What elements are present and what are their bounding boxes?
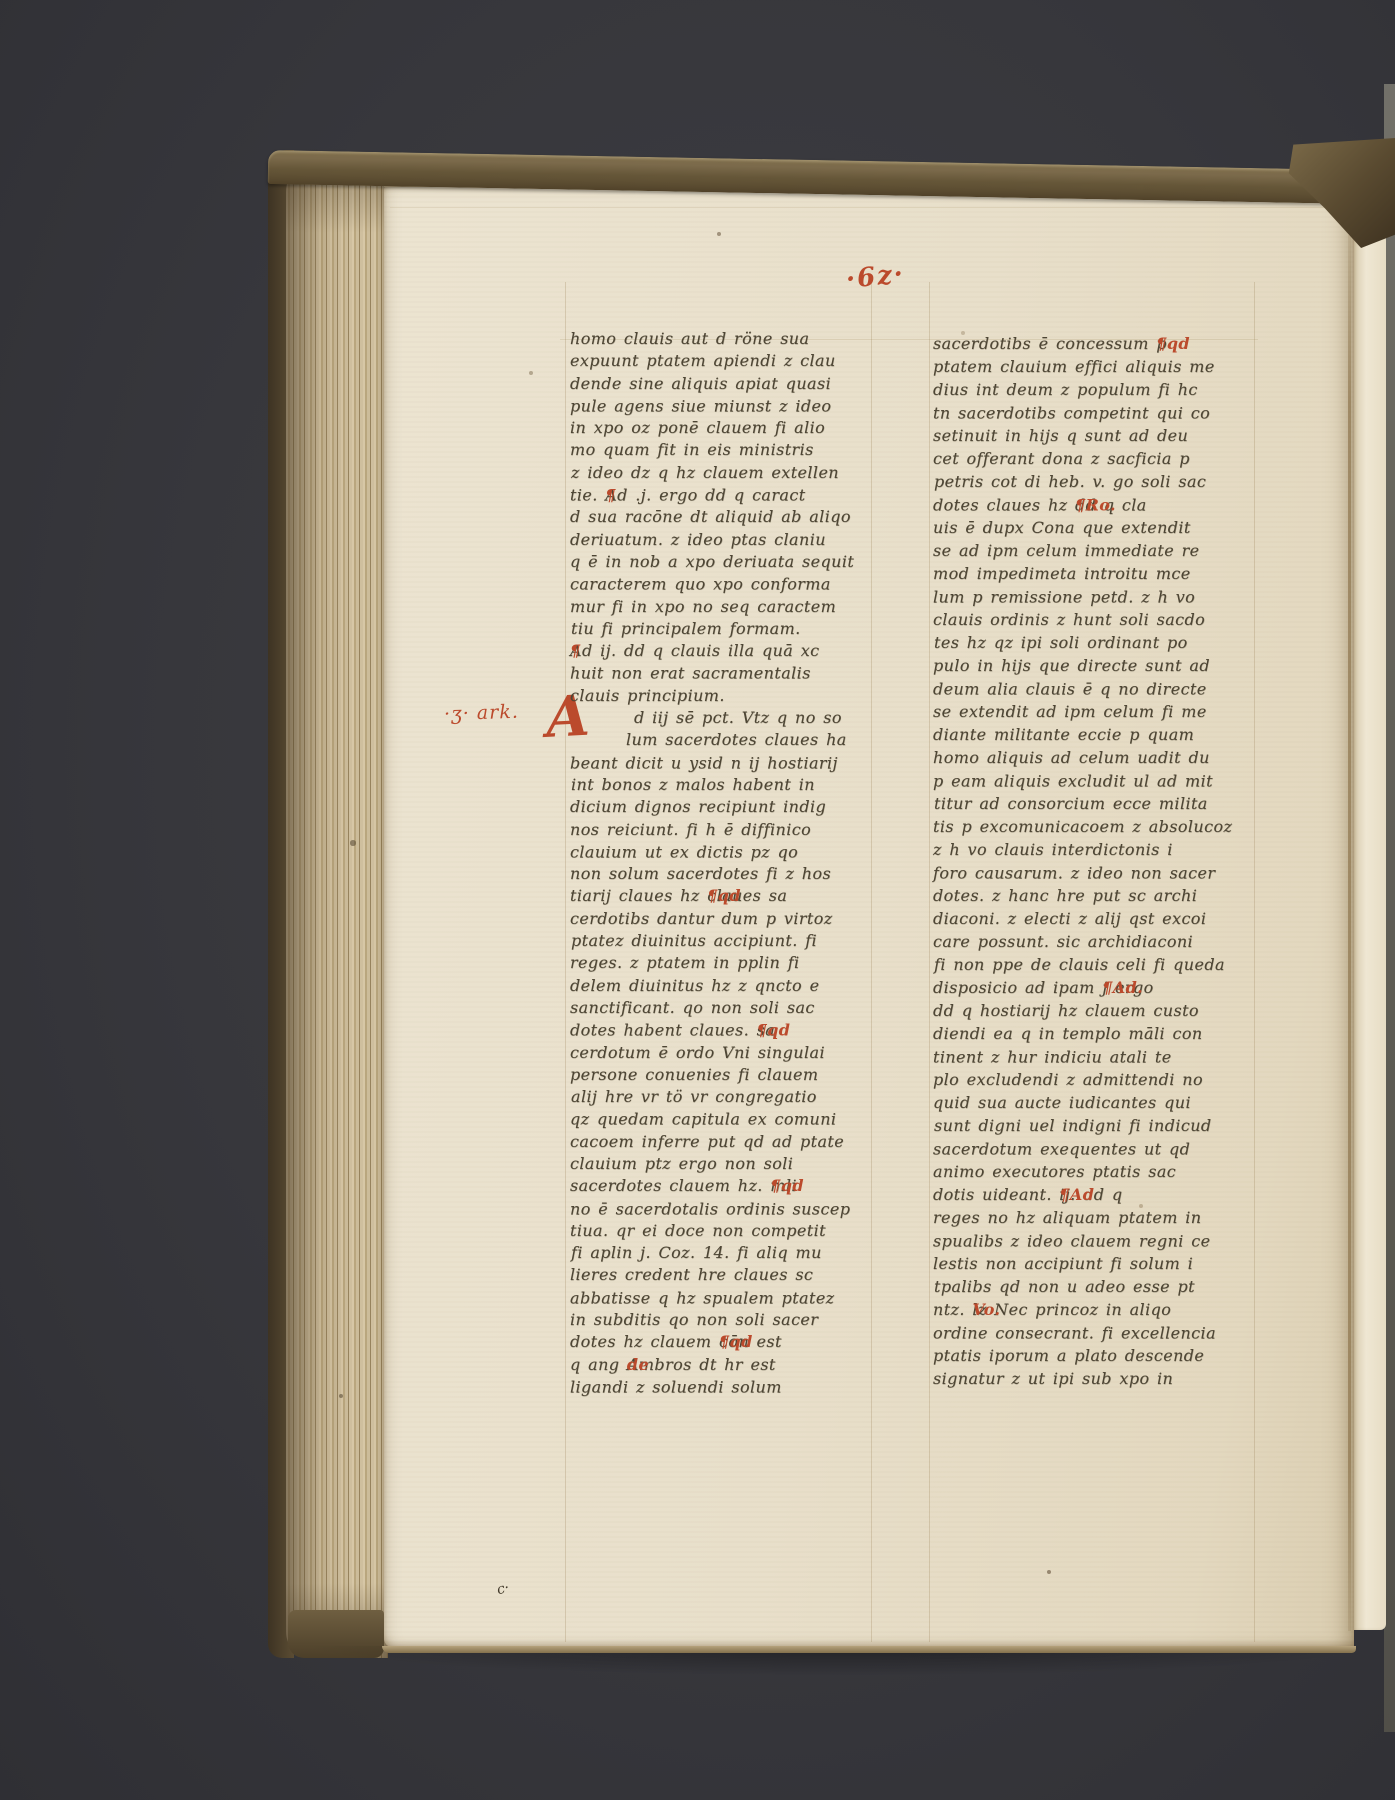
manuscript-line: mo quam fit in eis ministris <box>570 439 890 461</box>
manuscript-line: tn sacerdotibs competint qui co <box>933 402 1253 425</box>
manuscript-line: d sua racōne dt aliquid ab aliqo <box>570 506 890 528</box>
text-column-1: homo clauis aut d röne suaexpuunt ptatem… <box>570 328 890 1398</box>
text-column-2: sacerdotibs ē concessum ¶qd pptatem clau… <box>933 332 1253 1390</box>
manuscript-line: clauium ut ex dictis pz qo <box>570 841 890 863</box>
rubric-mark: ¶qd <box>770 1175 804 1197</box>
manuscript-line: lum p remissione petd. z h vo <box>933 586 1253 609</box>
manuscript-line: dotes habent claues. ¶qd sa <box>570 1020 890 1042</box>
manuscript-line: animo executores ptatis sac <box>933 1160 1253 1183</box>
manuscript-line: p eam aliquis excludit ul ad mit <box>933 770 1253 793</box>
rubric-mark: de <box>627 1354 649 1376</box>
manuscript-line: uis ē dupx Cona que extendit <box>933 516 1253 539</box>
manuscript-line: qz quedam capitula ex comuni <box>570 1109 890 1131</box>
manuscript-line: dende sine aliquis apiat quasi <box>570 373 890 395</box>
manuscript-line: quid sua aucte iudicantes qui <box>933 1091 1253 1114</box>
manuscript-line: no ē sacerdotalis ordinis suscep <box>570 1198 890 1220</box>
rubric-mark: ¶qd <box>757 1020 791 1042</box>
facing-page-sliver <box>1352 232 1386 1630</box>
manuscript-line: deum alia clauis ē q no directe <box>933 678 1253 701</box>
manuscript-line: fi non ppe de clauis celi fi queda <box>934 953 1254 976</box>
rubric-mark: ¶qd <box>707 885 741 907</box>
rubric-mark: ¶qd <box>719 1331 753 1353</box>
manuscript-line: cerdotibs dantur dum p virtoz <box>570 908 890 930</box>
rubric-mark: ¶Ro. <box>1075 494 1116 517</box>
manuscript-line: delem diuinitus hz z qncto e <box>570 975 890 997</box>
manuscript-line: tiu fi principalem formam. <box>571 618 891 640</box>
manuscript-line: pule agens siue miunst z ideo <box>570 395 890 417</box>
rubric-mark: ¶qd <box>1156 332 1190 355</box>
manuscript-line: dicium dignos recipiunt indig <box>570 796 890 818</box>
manuscript-line: ligandi z soluendi solum <box>570 1377 890 1399</box>
manuscript-line: dotes claues hz ¶Ro. dd q cla <box>933 494 1253 517</box>
manuscript-line: se ad ipm celum immediate re <box>933 539 1253 562</box>
manuscript-line: non solum sacerdotes fi z hos <box>570 863 890 885</box>
manuscript-line: care possunt. sic archidiaconi <box>933 930 1253 953</box>
manuscript-line: fi aplin j. Coz. 14. fi aliq mu <box>571 1242 891 1264</box>
rubric-mark: Vo. <box>972 1298 1000 1321</box>
manuscript-line: d iij sē pct. Vtz q no so <box>570 707 890 729</box>
manuscript-line: caracterem quo xpo conforma <box>570 574 890 596</box>
manuscript-line: setinuit in hijs q sunt ad deu <box>933 424 1253 447</box>
manuscript-line: alij hre vr tö vr congregatio <box>571 1086 891 1108</box>
manuscript-line: diaconi. z electi z alij qst excoi <box>933 907 1253 930</box>
ruling-line-col1-left <box>565 282 566 1642</box>
manuscript-line: dd q hostiarij hz clauem custo <box>933 999 1253 1022</box>
manuscript-line: reges. z ptatem in pplin fi <box>570 952 890 974</box>
manuscript-line: ptatem clauium effici aliquis me <box>933 355 1253 378</box>
manuscript-line: dotes hz clauem ¶qd cōn est <box>570 1331 890 1353</box>
manuscript-line: sanctificant. qo non soli sac <box>570 997 890 1019</box>
manuscript-line: q ē in nob a xpo deriuata sequit <box>570 551 890 573</box>
manuscript-line: dotes. z hanc hre put sc archi <box>933 884 1253 907</box>
manuscript-line: ptatez diuinitus accipiunt. fi <box>571 930 891 952</box>
manuscript-line: se extendit ad ipm celum fi me <box>933 700 1253 723</box>
manuscript-line: dotis uideant. ¶Ad ij. dd q <box>933 1183 1253 1206</box>
manuscript-line: beant dicit u ysid n ij hostiarij <box>570 752 890 774</box>
manuscript-line: cacoem inferre put qd ad ptate <box>570 1131 890 1153</box>
manuscript-line: z h vo clauis interdictonis i <box>933 838 1253 861</box>
manuscript-line: plo excludendi z admittendi no <box>933 1068 1253 1091</box>
ruling-line-col2-left <box>929 282 930 1642</box>
rubric-mark: ¶ <box>605 485 616 507</box>
manuscript-line: foro causarum. z ideo non sacer <box>933 862 1253 885</box>
ruling-line-header <box>390 207 1340 208</box>
manuscript-line: tiua. qr ei doce non competit <box>570 1220 890 1242</box>
manuscript-line: petris cot di heb. v. go soli sac <box>934 470 1254 493</box>
manuscript-line: int bonos z malos habent in <box>571 774 891 796</box>
ruling-line-col2-right <box>1254 282 1255 1642</box>
manuscript-line: in subditis qo non soli sacer <box>570 1309 890 1331</box>
manuscript-line: ordine consecrant. fi excellencia <box>933 1322 1253 1345</box>
manuscript-line: spualibs z ideo clauem regni ce <box>933 1230 1253 1253</box>
manuscript-line: huit non erat sacramentalis <box>570 663 890 685</box>
manuscript-line: ¶Ad ij. dd q clauis illa quā xc <box>570 640 890 662</box>
manuscript-line: ntz. Vo. lz Nec princoz in aliqo <box>933 1298 1253 1321</box>
manuscript-line: clauium ptz ergo non soli <box>570 1153 890 1175</box>
manuscript-line: diendi ea q in templo māli con <box>933 1022 1253 1045</box>
manuscript-line: ptatis iporum a plato descende <box>933 1344 1253 1367</box>
folio-number-mark: ·6z· <box>845 259 907 295</box>
manuscript-line: persone conuenies fi clauem <box>570 1064 890 1086</box>
page-edge-stack <box>286 158 388 1658</box>
manuscript-line: nos reiciunt. fi h ē diffinico <box>570 819 890 841</box>
rubric-mark: ¶Ad. <box>1102 976 1143 999</box>
manuscript-line: tiarij claues hz ¶qd claues sa <box>570 885 890 907</box>
manuscript-line: homo aliquis ad celum uadit du <box>933 746 1253 769</box>
rubric-mark: ¶Ad <box>1059 1183 1094 1206</box>
manuscript-line: deriuatum. z ideo ptas claniu <box>570 529 890 551</box>
manuscript-line: tpalibs qd non u adeo esse pt <box>934 1275 1254 1298</box>
rubric-mark: ¶ <box>570 640 581 662</box>
manuscript-line: lum sacerdotes claues ha <box>570 729 890 751</box>
manuscript-line: tis p excomunicacoem z absolucoz <box>933 815 1253 838</box>
manuscript-line: pulo in hijs que directe sunt ad <box>933 654 1253 677</box>
manuscript-line: mod impedimeta introitu mce <box>933 562 1253 585</box>
manuscript-line: clauis principium. <box>570 685 890 707</box>
manuscript-line: tie. ¶Ad .j. ergo dd q caract <box>570 485 890 507</box>
manuscript-line: sunt digni uel indigni fi indicud <box>934 1114 1254 1137</box>
manuscript-line: sacerdotibs ē concessum ¶qd p <box>933 332 1253 355</box>
manuscript-line: sacerdotum exequentes ut qd <box>933 1138 1253 1161</box>
manuscript-line: titur ad consorcium ecce milita <box>934 792 1254 815</box>
dust-specks <box>0 0 2 2</box>
manuscript-line: z ideo dz q hz clauem extellen <box>571 462 891 484</box>
manuscript-line: lestis non accipiunt fi solum i <box>933 1252 1253 1275</box>
manuscript-line: mur fi in xpo no seq caractem <box>570 596 890 618</box>
manuscript-line: cet offerant dona z sacficia p <box>933 447 1253 470</box>
manuscript-line: cerdotum ē ordo Vni singulai <box>570 1042 890 1064</box>
photo-backdrop: ·6z· ·ʒ· ark. A homo clauis aut d röne s… <box>0 0 1395 1800</box>
manuscript-line: clauis ordinis z hunt soli sacdo <box>933 608 1253 631</box>
manuscript-line: tinent z hur indiciu atali te <box>933 1046 1253 1069</box>
manuscript-line: dius int deum z populum fi hc <box>933 378 1253 401</box>
margin-note: ·ʒ· ark. <box>444 701 520 726</box>
manuscript-line: in xpo oz ponē clauem fi alio <box>570 417 890 439</box>
manuscript-line: abbatisse q hz spualem ptatez <box>570 1287 890 1309</box>
gutter-crease <box>1348 235 1351 1631</box>
manuscript-line: tes hz qz ipi soli ordinant po <box>934 631 1254 654</box>
manuscript-line: diante militante eccie p quam <box>933 723 1253 746</box>
manuscript-line: homo clauis aut d röne sua <box>570 328 890 350</box>
manuscript-line: reges no hz aliquam ptatem in <box>933 1206 1253 1229</box>
manuscript-line: lieres credent hre claues sc <box>570 1264 890 1286</box>
manuscript-line: expuunt ptatem apiendi z clau <box>570 350 890 372</box>
manuscript-line: disposicio ad ipam ¶Ad. j ergo <box>933 976 1253 999</box>
manuscript-line: sacerdotes clauem hz. ¶qd mli <box>570 1175 890 1197</box>
manuscript-line: signatur z ut ipi sub xpo in <box>933 1367 1253 1390</box>
manuscript-line: q ang de Ambros dt hr est <box>570 1354 890 1376</box>
